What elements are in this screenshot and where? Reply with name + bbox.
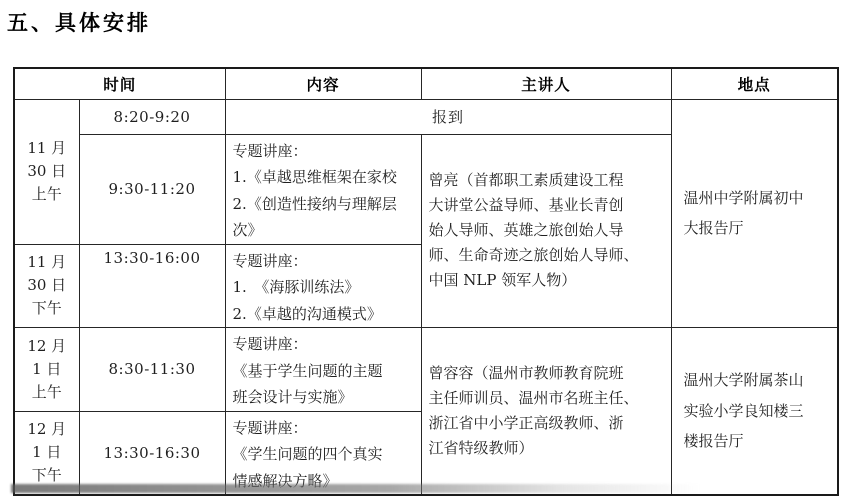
content-cell-nov30-am: 专题讲座： 1.《卓越思维框架在家校 2.《创造性接纳与理解层 次》 — [225, 134, 421, 244]
time-cell-dec1-pm: 13:30-16:30 — [79, 411, 225, 495]
session-row-dec1-am: 12 月 1 日 上午 8:30-11:30 专题讲座： 《基于学生问题的主题 … — [14, 328, 838, 412]
col-header-content: 内容 — [225, 68, 421, 99]
scan-shadow — [11, 484, 701, 493]
time-cell-dec1-am: 8:30-11:30 — [79, 328, 225, 412]
date-cell-dec1-pm: 12 月 1 日 下午 — [14, 411, 79, 495]
content-cell-dec1-pm: 专题讲座： 《学生问题的四个真实 情感解决方略》 — [225, 411, 421, 495]
section-title: 五、具体安排 — [7, 7, 151, 37]
speaker-cell-day2: 曾容容（温州市教师教育院班 主任师训员、温州市名班主任、 浙江省中小学正高级教师… — [421, 328, 671, 496]
speaker-cell-day1: 曾亮（首都职工素质建设工程 大讲堂公益导师、基业长青创 始人导师、英雄之旅创始人… — [421, 134, 671, 328]
table-header-row: 时间 内容 主讲人 地点 — [14, 68, 838, 99]
content-cell-registration: 报到 — [225, 99, 671, 134]
col-header-time: 时间 — [14, 68, 225, 99]
date-cell-nov30-am: 11 月 30 日 上午 — [14, 99, 79, 244]
content-cell-dec1-am: 专题讲座： 《基于学生问题的主题 班会设计与实施》 — [225, 328, 421, 412]
document-page: 五、具体安排 时间 内容 主讲人 地点 11 月 30 日 上午 8:20-9:… — [0, 0, 849, 499]
time-cell-nov30-pm: 13:30-16:00 — [79, 244, 225, 328]
content-cell-nov30-pm: 专题讲座： 1. 《海豚训练法》 2.《卓越的沟通模式》 — [225, 244, 421, 328]
col-header-location: 地点 — [671, 68, 838, 99]
col-header-speaker: 主讲人 — [421, 68, 671, 99]
location-cell-day1: 温州中学附属初中 大报告厅 — [671, 99, 838, 328]
time-cell-registration: 8:20-9:20 — [79, 99, 225, 134]
date-cell-nov30-pm: 11 月 30 日 下午 — [14, 244, 79, 328]
schedule-table: 时间 内容 主讲人 地点 11 月 30 日 上午 8:20-9:20 报到 温… — [13, 67, 839, 496]
date-cell-dec1-am: 12 月 1 日 上午 — [14, 328, 79, 412]
registration-row: 11 月 30 日 上午 8:20-9:20 报到 温州中学附属初中 大报告厅 — [14, 99, 838, 134]
location-cell-day2: 温州大学附属茶山 实验小学良知楼三 楼报告厅 — [671, 328, 838, 496]
time-cell-nov30-am: 9:30-11:20 — [79, 134, 225, 244]
